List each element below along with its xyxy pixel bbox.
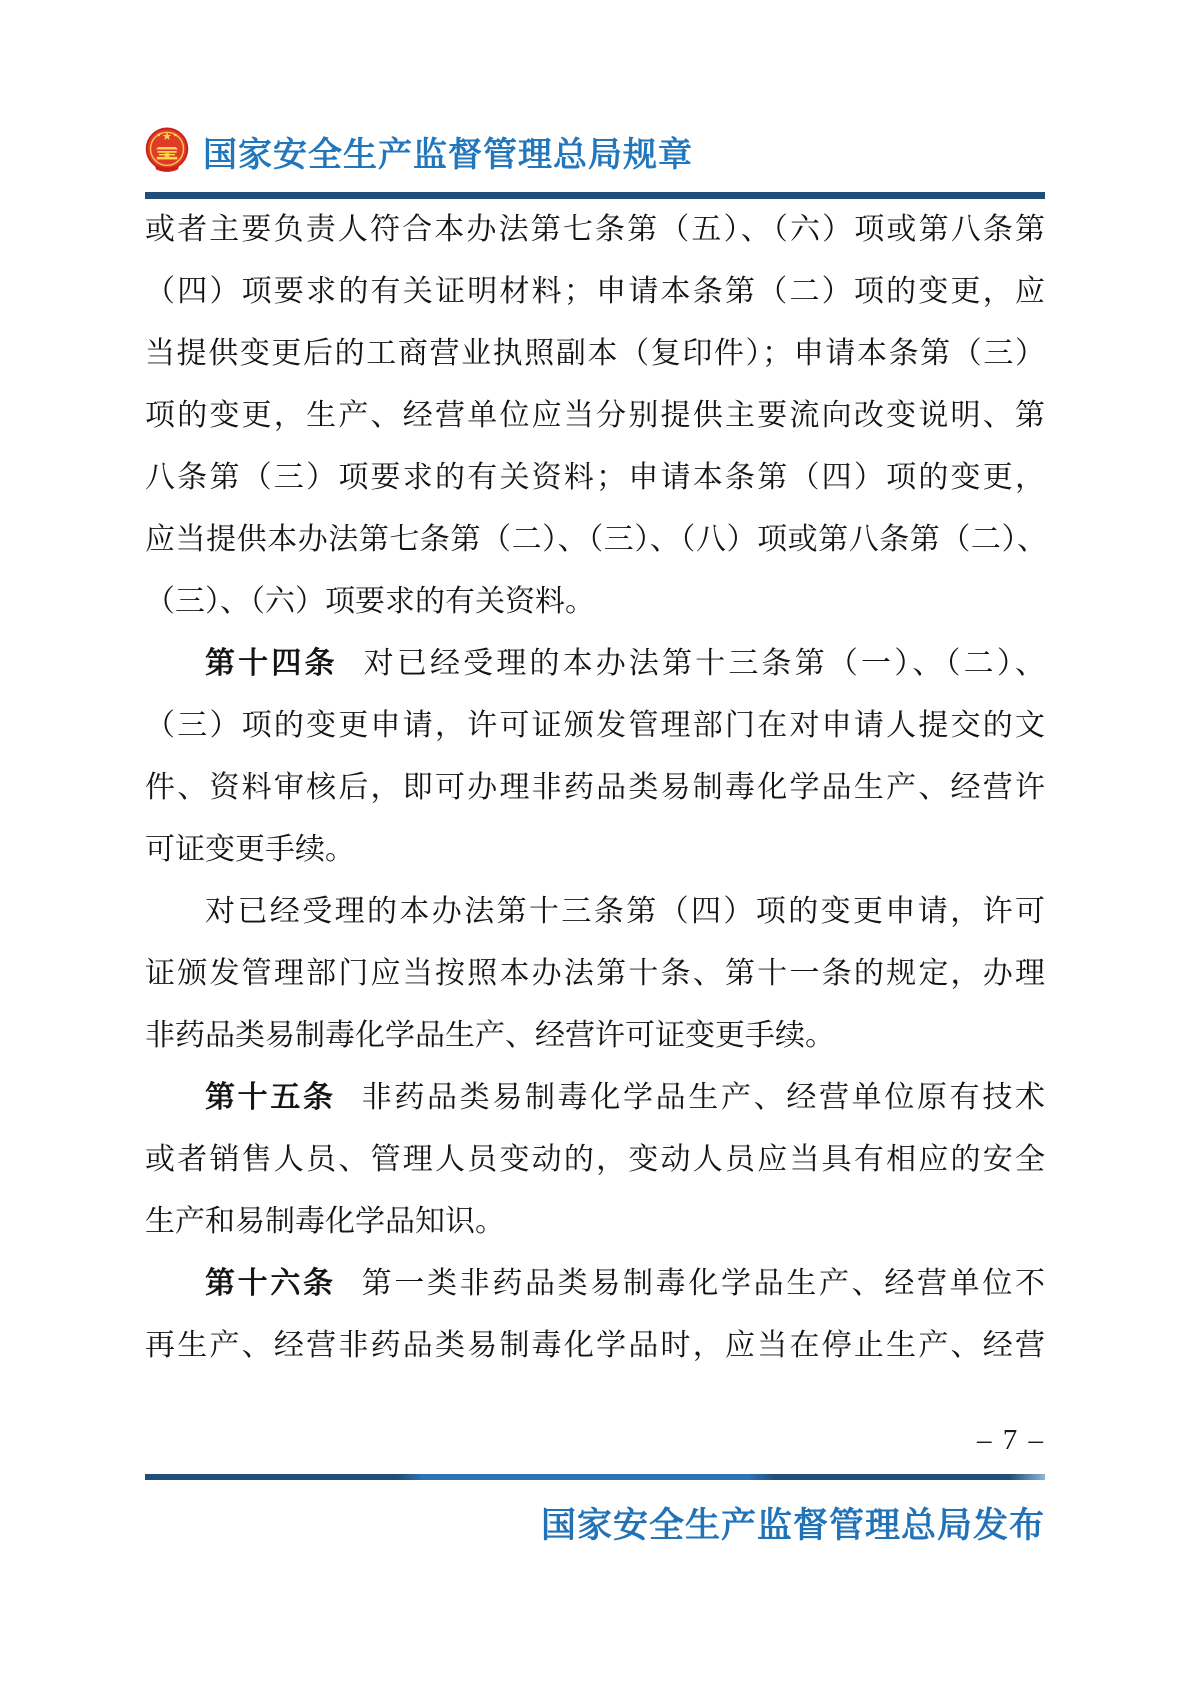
article-number: 第十六条 <box>205 1267 336 1300</box>
body-line: 对已经受理的本办法第十三条第（四）项的变更申请，许可 <box>145 881 1045 943</box>
article-number: 第十四条 <box>205 647 338 680</box>
body-line: 或者销售人员、管理人员变动的，变动人员应当具有相应的安全 <box>145 1129 1045 1191</box>
regulation-body: 或者主要负责人符合本办法第七条第（五）、（六）项或第八条第 （四）项要求的有关证… <box>145 199 1045 1377</box>
publisher-label: 国家安全生产监督管理总局发布 <box>145 1498 1045 1548</box>
body-line: 当提供变更后的工商营业执照副本（复印件）；申请本条第（三） <box>145 323 1045 385</box>
china-national-emblem-icon <box>145 126 189 176</box>
body-line-article-15: 第十五条非药品类易制毒化学品生产、经营单位原有技术 <box>145 1067 1045 1129</box>
header-rule <box>145 192 1045 199</box>
body-line: 项的变更，生产、经营单位应当分别提供主要流向改变说明、第 <box>145 385 1045 447</box>
document-title: 国家安全生产监督管理总局规章 <box>203 127 693 176</box>
body-line: 应当提供本办法第七条第（二）、（三）、（八）项或第八条第（二）、 <box>145 509 1045 571</box>
body-line: 八条第（三）项要求的有关资料；申请本条第（四）项的变更， <box>145 447 1045 509</box>
body-line: （四）项要求的有关证明材料；申请本条第（二）项的变更，应 <box>145 261 1045 323</box>
body-line: 或者主要负责人符合本办法第七条第（五）、（六）项或第八条第 <box>145 199 1045 261</box>
body-line-article-16: 第十六条第一类非药品类易制毒化学品生产、经营单位不 <box>145 1253 1045 1315</box>
page-number: – 7 – <box>145 1424 1045 1457</box>
body-line: 生产和易制毒化学品知识。 <box>145 1191 1045 1253</box>
body-line: 件、资料审核后，即可办理非药品类易制毒化学品生产、经营许 <box>145 757 1045 819</box>
body-line: 可证变更手续。 <box>145 819 1045 881</box>
body-line: 非药品类易制毒化学品生产、经营许可证变更手续。 <box>145 1005 1045 1067</box>
body-line: （三）项的变更申请，许可证颁发管理部门在对申请人提交的文 <box>145 695 1045 757</box>
document-header: 国家安全生产监督管理总局规章 <box>145 120 1045 182</box>
footer-rule <box>145 1474 1045 1480</box>
body-line: （三）、（六）项要求的有关资料。 <box>145 571 1045 633</box>
body-line: 证颁发管理部门应当按照本办法第十条、第十一条的规定，办理 <box>145 943 1045 1005</box>
body-line-article-14: 第十四条对已经受理的本办法第十三条第（一）、（二）、 <box>145 633 1045 695</box>
body-line: 再生产、经营非药品类易制毒化学品时，应当在停止生产、经营 <box>145 1315 1045 1377</box>
article-number: 第十五条 <box>205 1081 336 1114</box>
